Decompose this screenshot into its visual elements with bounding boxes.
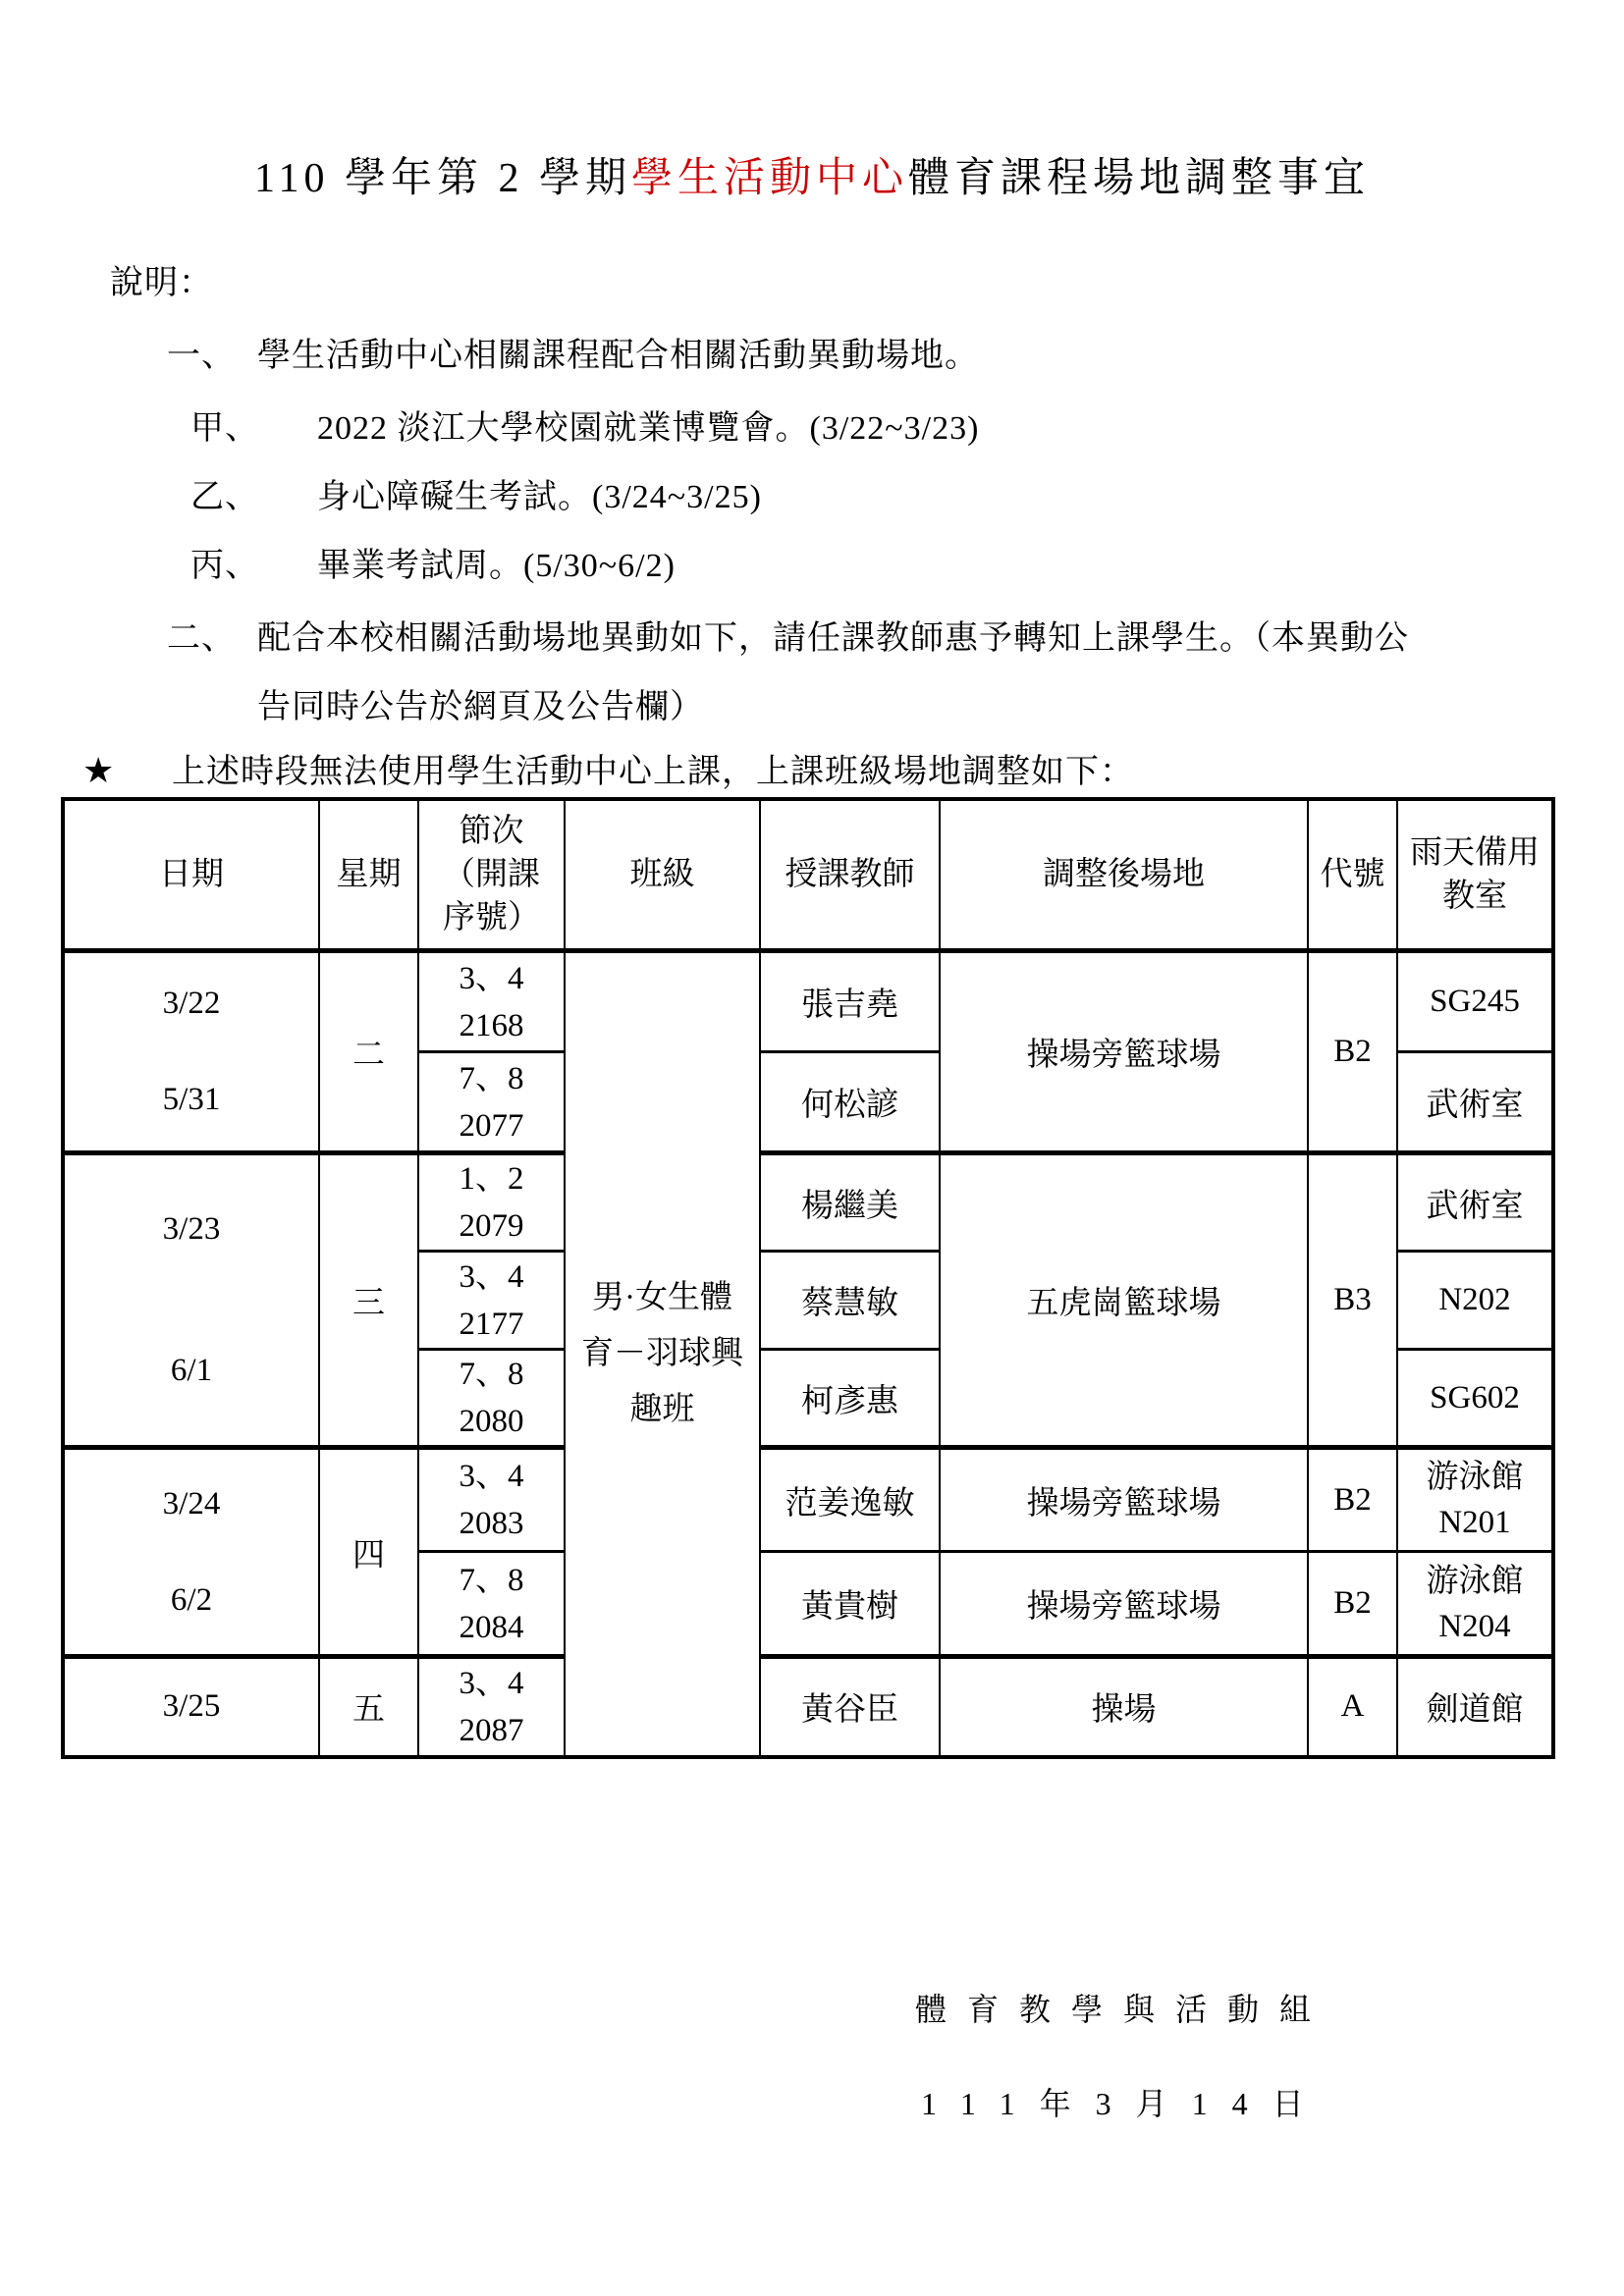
class-name-line: 趣班 <box>566 1382 759 1438</box>
date-cell: 3/24 6/2 <box>63 1448 319 1657</box>
col-header-teacher: 授課教師 <box>760 799 940 951</box>
col-header-rain-line1: 雨天備用 <box>1398 831 1551 875</box>
title-suffix: 體育課程場地調整事宜 <box>908 156 1370 201</box>
rain-room-cell: N202 <box>1397 1252 1553 1350</box>
weekday-cell: 四 <box>319 1448 418 1657</box>
teacher-cell: 黃谷臣 <box>760 1657 940 1757</box>
col-header-date: 日期 <box>63 799 319 951</box>
star-note: ★上述時段無法使用學生活動中心上課，上課班級場地調整如下： <box>82 744 1134 792</box>
title-prefix: 110 學年第 2 學期 <box>254 156 631 201</box>
col-header-weekday: 星期 <box>319 799 418 951</box>
note-sub-b-number: 乙、 <box>190 469 317 517</box>
date-value: 5/31 <box>163 1082 221 1118</box>
star-note-text: 上述時段無法使用學生活動中心上課，上課班級場地調整如下： <box>172 754 1134 790</box>
page-title: 110 學年第 2 學期學生活動中心體育課程場地調整事宜 <box>0 145 1624 204</box>
table-row: 3/23 6/1 三 1、2 2079 楊繼美 五虎崗籃球場 B3 武術室 <box>63 1153 1553 1252</box>
table-header-row: 日期 星期 節次 （開課 序號） 班級 授課教師 調整後場地 代號 雨天備用 教… <box>63 799 1553 951</box>
col-header-period: 節次 （開課 序號） <box>418 799 565 951</box>
note-item-2-line-1: 二、配合本校相關活動場地異動如下，請任課教師惠予轉知上課學生。（本異動公 <box>167 611 1409 659</box>
note-item-2-text-line-1: 配合本校相關活動場地異動如下，請任課教師惠予轉知上課學生。（本異動公 <box>257 620 1409 657</box>
code-cell: B2 <box>1308 1448 1397 1552</box>
teacher-cell: 范姜逸敏 <box>760 1448 940 1552</box>
venue-cell: 操場旁籃球場 <box>940 1552 1308 1657</box>
note-sub-b-text: 身心障礙生考試。(3/24~3/25) <box>317 479 762 515</box>
issue-date: 111年3月14日 <box>921 2079 1328 2124</box>
teacher-cell: 何松諺 <box>760 1052 940 1153</box>
class-name-line: 育－羽球興 <box>566 1326 759 1382</box>
period-value: 7、8 <box>419 1557 564 1604</box>
rain-room-line: N204 <box>1398 1604 1551 1649</box>
date-value: 6/2 <box>171 1582 212 1619</box>
rain-room-cell: 武術室 <box>1397 1052 1553 1153</box>
date-value: 3/23 <box>163 1211 221 1248</box>
note-item-2-number: 二、 <box>167 611 257 659</box>
rain-room-line: 游泳館 <box>1398 1455 1551 1500</box>
notes-heading: 說明： <box>110 255 213 303</box>
star-icon: ★ <box>82 750 172 791</box>
rain-room-line: 游泳館 <box>1398 1559 1551 1604</box>
venue-cell: 操場 <box>940 1657 1308 1757</box>
rain-room-cell: SG245 <box>1397 951 1553 1052</box>
period-value: 3、4 <box>419 1254 564 1301</box>
class-cell: 男·女生體 育－羽球興 趣班 <box>565 951 760 1757</box>
date-value: 3/24 <box>163 1486 221 1522</box>
col-header-period-line2: （開課 <box>419 853 564 896</box>
schedule-table: 日期 星期 節次 （開課 序號） 班級 授課教師 調整後場地 代號 雨天備用 教… <box>61 797 1555 1759</box>
serial-value: 2087 <box>419 1707 564 1754</box>
period-value: 3、4 <box>419 1660 564 1707</box>
col-header-rain-line2: 教室 <box>1398 875 1551 918</box>
serial-value: 2077 <box>419 1102 564 1149</box>
teacher-cell: 蔡慧敏 <box>760 1252 940 1350</box>
note-sub-a: 甲、2022 淡江大學校園就業博覽會。(3/22~3/23) <box>190 400 979 449</box>
weekday-cell: 五 <box>319 1657 418 1757</box>
table-row: 3/25 五 3、4 2087 黃谷臣 操場 A 劍道館 <box>63 1657 1553 1757</box>
note-item-2-line-2: 告同時公告於網頁及公告欄） <box>257 679 704 727</box>
period-cell: 7、8 2084 <box>418 1552 565 1657</box>
serial-value: 2084 <box>419 1604 564 1651</box>
serial-value: 2083 <box>419 1500 564 1547</box>
table-row: 3/22 5/31 二 3、4 2168 男·女生體 育－羽球興 趣班 張吉堯 … <box>63 951 1553 1052</box>
weekday-cell: 二 <box>319 951 418 1153</box>
code-cell: B3 <box>1308 1153 1397 1448</box>
period-value: 1、2 <box>419 1155 564 1202</box>
note-item-1: 一、學生活動中心相關課程配合相關活動異動場地。 <box>167 328 979 376</box>
period-cell: 3、4 2083 <box>418 1448 565 1552</box>
issuing-unit: 體育教學與活動組 <box>915 1985 1331 2030</box>
teacher-cell: 柯彥惠 <box>760 1350 940 1448</box>
note-sub-a-number: 甲、 <box>190 400 317 449</box>
note-sub-c-number: 丙、 <box>190 538 317 586</box>
date-value: 3/22 <box>163 986 221 1022</box>
date-cell: 3/25 <box>63 1657 319 1757</box>
period-cell: 3、4 2087 <box>418 1657 565 1757</box>
venue-cell: 操場旁籃球場 <box>940 951 1308 1153</box>
period-cell: 3、4 2168 <box>418 951 565 1052</box>
serial-value: 2168 <box>419 1002 564 1049</box>
serial-value: 2079 <box>419 1202 564 1250</box>
venue-cell: 操場旁籃球場 <box>940 1448 1308 1552</box>
period-value: 3、4 <box>419 955 564 1002</box>
document-page: 110 學年第 2 學期學生活動中心體育課程場地調整事宜 說明： 一、學生活動中… <box>0 0 1624 2296</box>
serial-value: 2080 <box>419 1398 564 1445</box>
note-sub-b: 乙、身心障礙生考試。(3/24~3/25) <box>190 469 762 517</box>
col-header-class: 班級 <box>565 799 760 951</box>
rain-room-cell: 劍道館 <box>1397 1657 1553 1757</box>
period-cell: 7、8 2077 <box>418 1052 565 1153</box>
rain-room-cell: SG602 <box>1397 1350 1553 1448</box>
note-item-1-text: 學生活動中心相關課程配合相關活動異動場地。 <box>257 338 979 374</box>
teacher-cell: 楊繼美 <box>760 1153 940 1252</box>
note-sub-c: 丙、畢業考試周。(5/30~6/2) <box>190 538 676 586</box>
note-sub-a-text: 2022 淡江大學校園就業博覽會。(3/22~3/23) <box>317 410 979 447</box>
rain-room-line: N201 <box>1398 1500 1551 1545</box>
title-highlight: 學生活動中心 <box>631 156 908 201</box>
col-header-period-line1: 節次 <box>419 810 564 853</box>
col-header-code: 代號 <box>1308 799 1397 951</box>
note-sub-c-text: 畢業考試周。(5/30~6/2) <box>317 548 676 584</box>
code-cell: A <box>1308 1657 1397 1757</box>
period-cell: 7、8 2080 <box>418 1350 565 1448</box>
period-value: 7、8 <box>419 1055 564 1102</box>
note-item-1-number: 一、 <box>167 328 257 376</box>
rain-room-cell: 游泳館 N204 <box>1397 1552 1553 1657</box>
col-header-period-line3: 序號） <box>419 896 564 939</box>
teacher-cell: 張吉堯 <box>760 951 940 1052</box>
rain-room-cell: 武術室 <box>1397 1153 1553 1252</box>
period-value: 3、4 <box>419 1453 564 1500</box>
code-cell: B2 <box>1308 951 1397 1153</box>
date-cell: 3/23 6/1 <box>63 1153 319 1448</box>
rain-room-cell: 游泳館 N201 <box>1397 1448 1553 1552</box>
teacher-cell: 黃貴樹 <box>760 1552 940 1657</box>
date-cell: 3/22 5/31 <box>63 951 319 1153</box>
col-header-rain-room: 雨天備用 教室 <box>1397 799 1553 951</box>
weekday-cell: 三 <box>319 1153 418 1448</box>
class-name-line: 男·女生體 <box>566 1270 759 1326</box>
period-cell: 1、2 2079 <box>418 1153 565 1252</box>
table-row: 3/24 6/2 四 3、4 2083 范姜逸敏 操場旁籃球場 B2 游泳館 N… <box>63 1448 1553 1552</box>
serial-value: 2177 <box>419 1301 564 1348</box>
col-header-venue: 調整後場地 <box>940 799 1308 951</box>
code-cell: B2 <box>1308 1552 1397 1657</box>
date-value: 6/1 <box>171 1353 212 1389</box>
period-cell: 3、4 2177 <box>418 1252 565 1350</box>
venue-cell: 五虎崗籃球場 <box>940 1153 1308 1448</box>
period-value: 7、8 <box>419 1351 564 1398</box>
